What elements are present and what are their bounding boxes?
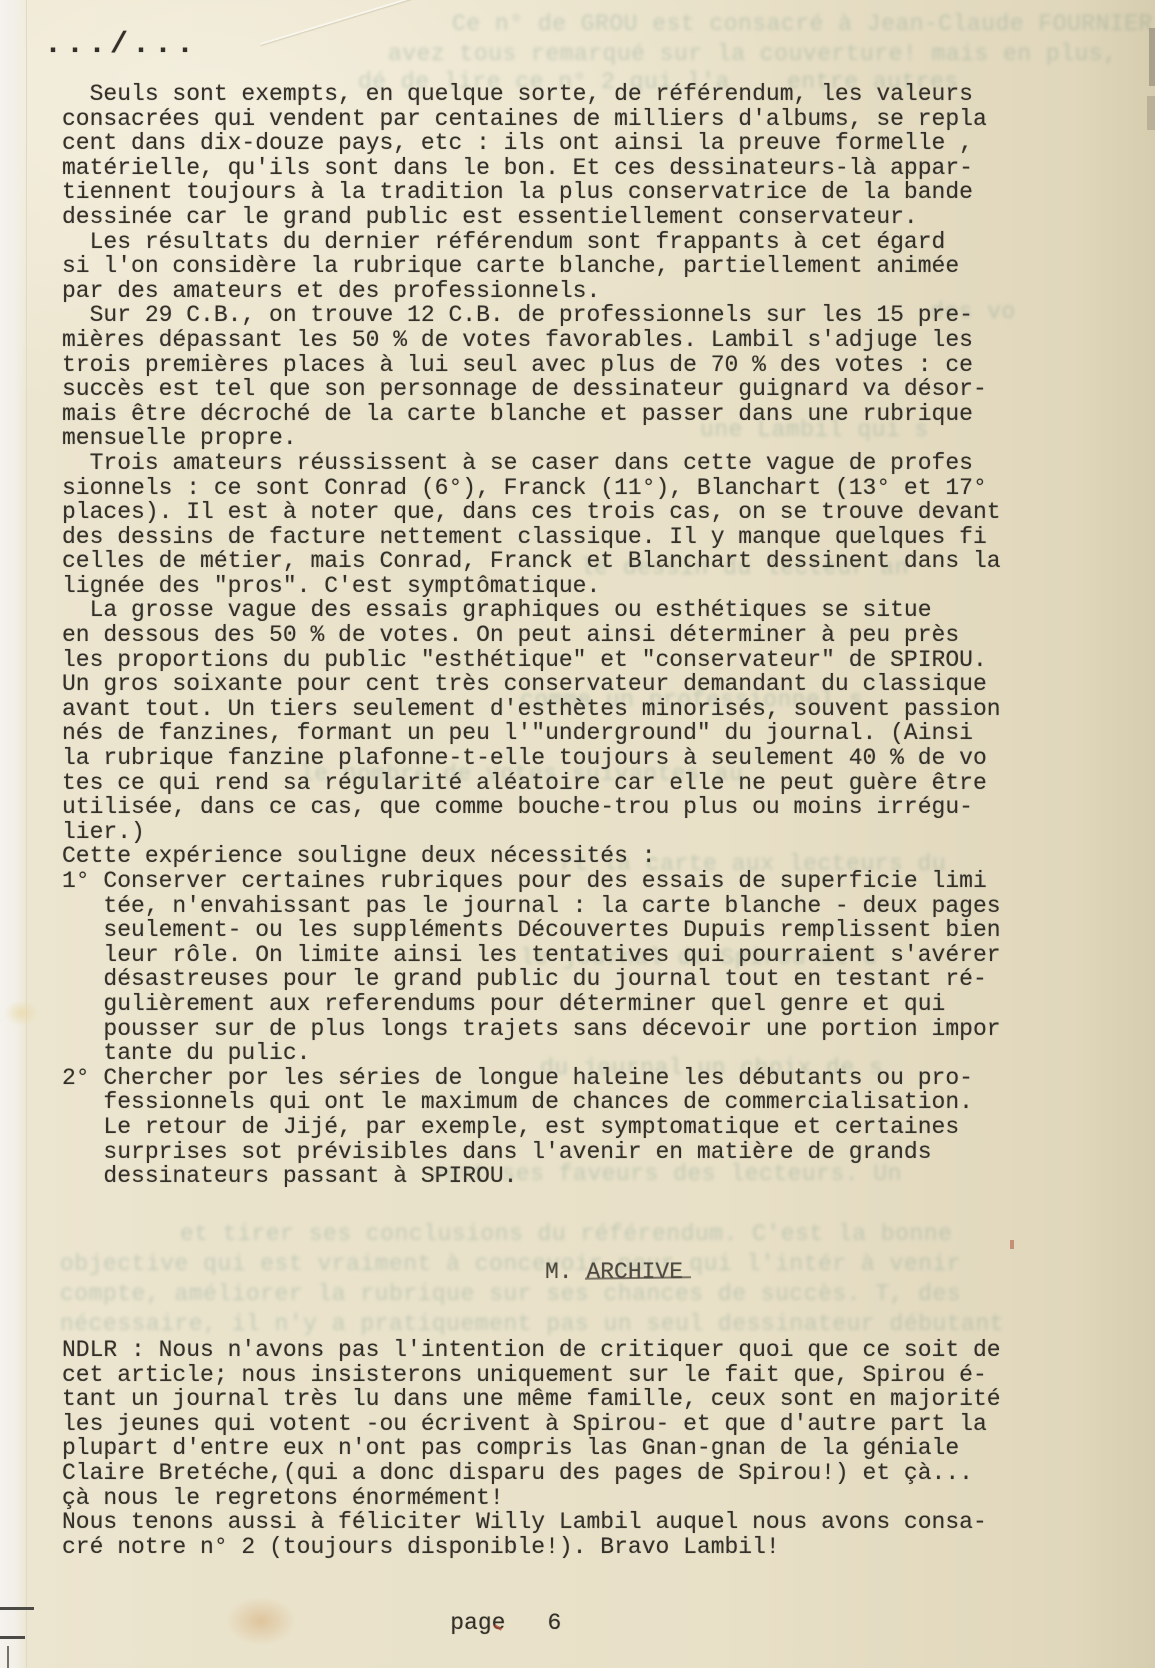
text-line: dessinateurs passant à SPIROU. <box>62 1164 1001 1189</box>
continuation-mark: .../... <box>44 30 198 60</box>
text-line: Sur 29 C.B., on trouve 12 C.B. de profes… <box>62 303 1001 328</box>
binding-mark <box>0 1636 25 1639</box>
text-line: mières dépassant les 50 % de votes favor… <box>62 328 1001 353</box>
text-line: consacrées qui vendent par centaines de … <box>62 107 1001 132</box>
text-line: tiennent toujours à la tradition la plus… <box>62 180 1001 205</box>
text-line: plupart d'entre eux n'ont pas compris la… <box>62 1436 1001 1461</box>
text-line: NDLR : Nous n'avons pas l'intention de c… <box>62 1338 1001 1363</box>
editor-note: NDLR : Nous n'avons pas l'intention de c… <box>62 1338 1001 1559</box>
ghost-text: objective qui est vraiment à concevoir p… <box>60 1252 961 1276</box>
paper-crease <box>260 0 490 45</box>
text-line: en dessous des 50 % de votes. On peut ai… <box>62 623 1001 648</box>
paper-stain <box>4 1000 38 1026</box>
text-line: 2° Chercher por les séries de longue hal… <box>62 1066 1001 1091</box>
ghost-text: nécessaire, il n'y a pratiquement pas un… <box>60 1312 1004 1336</box>
text-line: la rubrique fanzine plafonne-t-elle touj… <box>62 746 1001 771</box>
ghost-text: compte, améliorer la rubrique sur ses ch… <box>60 1282 961 1306</box>
text-line: seulement- ou les suppléments Découverte… <box>62 918 1001 943</box>
text-line: fessionnels qui ont le maximum de chance… <box>62 1090 1001 1115</box>
text-line: utilisée, dans ce cas, que comme bouche-… <box>62 795 1001 820</box>
text-line: lignée des "pros". C'est symptômatique. <box>62 574 1001 599</box>
page-footer: page6 <box>395 1586 561 1660</box>
text-line: mais être décroché de la carte blanche e… <box>62 402 1001 427</box>
text-line: nés de fanzines, formant un peu l'"under… <box>62 721 1001 746</box>
text-line: désastreuses pour le grand public du jou… <box>62 967 1001 992</box>
text-line: sionnels : ce sont Conrad (6°), Franck (… <box>62 476 1001 501</box>
ghost-text: avez tous remarqué sur la couverture! ma… <box>388 42 1117 66</box>
text-line: cré notre n° 2 (toujours disponible!). B… <box>62 1535 1001 1560</box>
text-line: Le retour de Jijé, par exemple, est symp… <box>62 1115 1001 1140</box>
text-line: Cette expérience souligne deux nécessité… <box>62 844 1001 869</box>
page-footer-label: page <box>450 1610 505 1636</box>
text-line: Les résultats du dernier référendum sont… <box>62 230 1001 255</box>
text-line: succès est tel que son personnage de des… <box>62 377 1001 402</box>
text-line: mensuelle propre. <box>62 426 1001 451</box>
ghost-text: et tirer ses conclusions du référendum. … <box>180 1222 952 1246</box>
text-line: tée, n'envahissant pas le journal : la c… <box>62 894 1001 919</box>
binding-mark <box>0 1607 34 1610</box>
text-line: des dessins de facture nettement classiq… <box>62 525 1001 550</box>
text-line: La grosse vague des essais graphiques ou… <box>62 598 1001 623</box>
text-line: çà nous le regretons énormément! <box>62 1486 1001 1511</box>
binding-mark <box>7 1646 9 1668</box>
text-line: 1° Conserver certaines rubriques pour de… <box>62 869 1001 894</box>
scanned-fanzine-page: Ce n° de GROU est consacré à Jean-Claude… <box>0 0 1155 1668</box>
paper-stain <box>225 1596 297 1646</box>
text-line: surprises sot prévisibles dans l'avenir … <box>62 1140 1001 1165</box>
text-line: gulièrement aux referendums pour détermi… <box>62 992 1001 1017</box>
text-line: si l'on considère la rubrique carte blan… <box>62 254 1001 279</box>
text-line: tes ce qui rend sa régularité aléatoire … <box>62 771 1001 796</box>
page-left-edge <box>0 0 27 1668</box>
text-line: tante du pulic. <box>62 1041 1001 1066</box>
text-line: places). Il est à noter que, dans ces tr… <box>62 500 1001 525</box>
scan-mark <box>1147 96 1155 130</box>
text-line: Trois amateurs réussissent à se caser da… <box>62 451 1001 476</box>
ink-speck <box>1010 1240 1014 1249</box>
text-line: matérielle, qu'ils sont dans le bon. Et … <box>62 156 1001 181</box>
ghost-text: Ce n° de GROU est consacré à Jean-Claude… <box>452 12 1155 36</box>
text-line: Un gros soixante pour cent très conserva… <box>62 672 1001 697</box>
text-line: les proportions du public "esthétique" e… <box>62 648 1001 673</box>
text-line: trois premières places à lui seul avec p… <box>62 353 1001 378</box>
text-line: leur rôle. On limite ainsi les tentative… <box>62 943 1001 968</box>
page-number: 6 <box>547 1610 561 1636</box>
article-body: Seuls sont exempts, en quelque sorte, de… <box>62 82 1001 1189</box>
text-line: celles de métier, mais Conrad, Franck et… <box>62 549 1001 574</box>
text-line: cet article; nous insisterons uniquement… <box>62 1363 1001 1388</box>
text-line: avant tout. Un tiers seulement d'esthète… <box>62 697 1001 722</box>
text-line: les jeunes qui votent -ou écrivent à Spi… <box>62 1412 1001 1437</box>
text-line: Claire Bretéche,(qui a donc disparu des … <box>62 1461 1001 1486</box>
text-line: lier.) <box>62 820 1001 845</box>
text-line: Nous tenons aussi à féliciter Willy Lamb… <box>62 1510 1001 1535</box>
text-line: pousser sur de plus longs trajets sans d… <box>62 1017 1001 1042</box>
text-line: cent dans dix-douze pays, etc : ils ont … <box>62 131 1001 156</box>
byline: M. ARCHIVE <box>545 1260 683 1285</box>
text-line: par des amateurs et des professionnels. <box>62 279 1001 304</box>
scan-mark <box>1149 28 1155 86</box>
text-line: tant un journal très lu dans une même fa… <box>62 1387 1001 1412</box>
text-line: dessinée car le grand public est essenti… <box>62 205 1001 230</box>
text-line: Seuls sont exempts, en quelque sorte, de… <box>62 82 1001 107</box>
